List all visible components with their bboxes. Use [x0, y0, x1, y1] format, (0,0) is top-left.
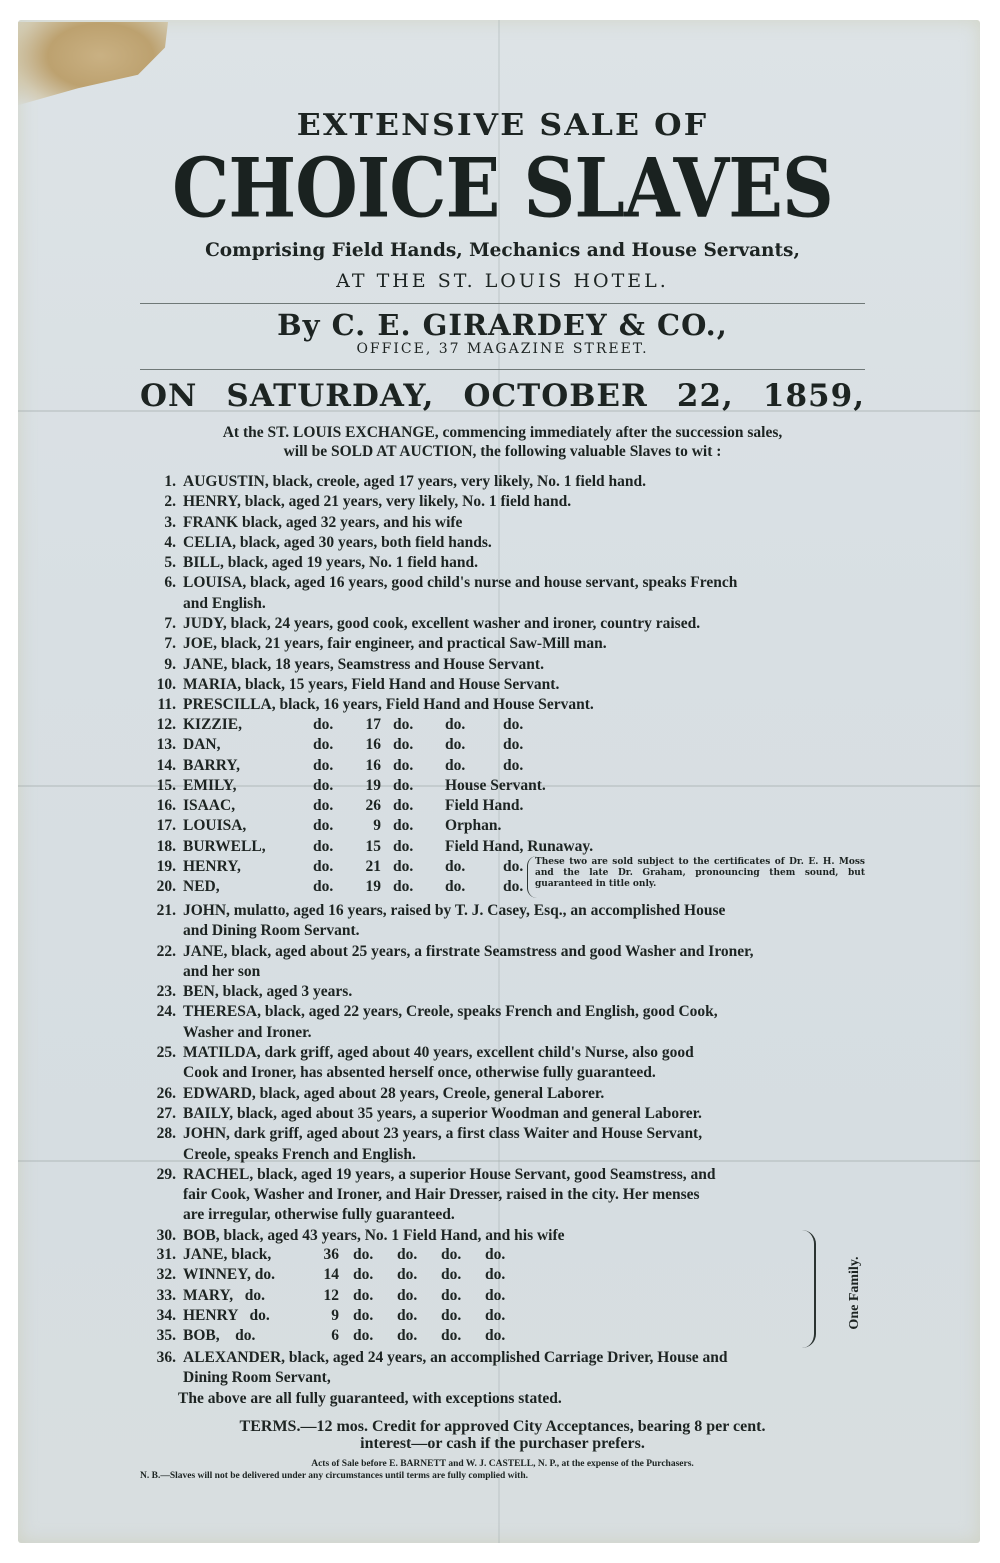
- entry-number: 30.: [140, 1226, 183, 1246]
- entry-text: BOB, black, aged 43 years, No. 1 Field H…: [183, 1226, 565, 1246]
- entry-name: DAN,: [183, 735, 313, 755]
- ditto: do.: [393, 857, 445, 877]
- family-entry-list: 31.JANE, black,36do.do.do.do. 32.WINNEY,…: [140, 1245, 865, 1346]
- entry-age: 6: [301, 1326, 353, 1346]
- acts-of-sale-line: Acts of Sale before E. BARNETT and W. J.…: [140, 1459, 865, 1469]
- ditto: do.: [441, 1265, 485, 1285]
- entry-number: 22.: [140, 942, 183, 962]
- entry-number: 5.: [140, 553, 183, 573]
- ditto: do.: [353, 1306, 397, 1326]
- entry-number: 27.: [140, 1104, 183, 1124]
- entry-number: 36.: [140, 1348, 183, 1368]
- entry-age: 12: [301, 1286, 353, 1306]
- list-item: 24.THERESA, black, aged 22 years, Creole…: [140, 1002, 865, 1022]
- terms-line-2: interest—or cash if the purchaser prefer…: [140, 1435, 865, 1453]
- entry-number: 7.: [140, 634, 183, 654]
- entry-text: BILL, black, aged 19 years, No. 1 field …: [183, 553, 478, 573]
- list-item: 21.JOHN, mulatto, aged 16 years, raised …: [140, 901, 865, 921]
- ditto: do.: [485, 1245, 505, 1265]
- ditto: do.: [445, 756, 503, 776]
- ditto: do.: [503, 756, 523, 776]
- entry-description: House Servant.: [445, 776, 546, 796]
- ditto: do.: [353, 1286, 397, 1306]
- list-item: 14.BARRY,do.16do.do.do.: [140, 756, 865, 776]
- ditto: do.: [445, 877, 503, 897]
- list-item: 18.BURWELL,do.15do.Field Hand, Runaway.: [140, 837, 865, 857]
- entry-age: 26: [351, 796, 393, 816]
- nota-bene-line: N. B.—Slaves will not be delivered under…: [140, 1471, 528, 1481]
- ditto: do.: [445, 735, 503, 755]
- ditto: do.: [397, 1326, 441, 1346]
- list-item: 3.FRANK black, aged 32 years, and his wi…: [140, 513, 865, 533]
- entry-number: 1.: [140, 472, 183, 492]
- entry-continuation: and Dining Room Servant.: [140, 921, 865, 941]
- entry-age: 19: [351, 877, 393, 897]
- list-item: 32.WINNEY, do.14do.do.do.do.: [140, 1265, 865, 1285]
- entry-number: 4.: [140, 533, 183, 553]
- entry-number: 26.: [140, 1084, 183, 1104]
- list-item: 13.DAN,do.16do.do.do.: [140, 735, 865, 755]
- entry-description: Field Hand, Runaway.: [445, 837, 593, 857]
- entry-age: 21: [351, 857, 393, 877]
- ditto: do.: [393, 816, 445, 836]
- entry-number: 35.: [140, 1326, 183, 1346]
- list-item: 25.MATILDA, dark griff, aged about 40 ye…: [140, 1043, 865, 1063]
- ditto: do.: [313, 816, 351, 836]
- entry-text: EDWARD, black, aged about 28 years, Creo…: [183, 1084, 604, 1104]
- ditto: do.: [397, 1265, 441, 1285]
- entry-text: BEN, black, aged 3 years.: [183, 982, 352, 1002]
- list-item: 31.JANE, black,36do.do.do.do.: [140, 1245, 865, 1265]
- entry-continuation: and her son: [140, 962, 865, 982]
- list-item: 11.PRESCILLA, black, 16 years, Field Han…: [140, 695, 865, 715]
- intro-line-1: At the ST. LOUIS EXCHANGE, commencing im…: [140, 424, 865, 442]
- entry-number: 25.: [140, 1043, 183, 1063]
- entry-number: 10.: [140, 675, 183, 695]
- entry-number: 11.: [140, 695, 183, 715]
- entry-number: 7.: [140, 614, 183, 634]
- entry-age: 36: [301, 1245, 353, 1265]
- entry-number: 23.: [140, 982, 183, 1002]
- entry-number: 33.: [140, 1286, 183, 1306]
- entry-number: 13.: [140, 735, 183, 755]
- entry-name: EMILY,: [183, 776, 313, 796]
- list-item: 23.BEN, black, aged 3 years.: [140, 982, 865, 1002]
- list-item: 36.ALEXANDER, black, aged 24 years, an a…: [140, 1348, 865, 1368]
- entry-name: LOUISA,: [183, 816, 313, 836]
- entry-age: 14: [301, 1265, 353, 1285]
- list-item: 22.JANE, black, aged about 25 years, a f…: [140, 942, 865, 962]
- entry-list-3: 36.ALEXANDER, black, aged 24 years, an a…: [140, 1348, 865, 1409]
- ditto: do.: [393, 756, 445, 776]
- entry-continuation: Creole, speaks French and English.: [140, 1145, 865, 1165]
- entry-age: 16: [351, 756, 393, 776]
- entry-list-2: 21.JOHN, mulatto, aged 16 years, raised …: [140, 901, 865, 1246]
- list-item: 2.HENRY, black, aged 21 years, very like…: [140, 492, 865, 512]
- list-item: 4.CELIA, black, aged 30 years, both fiel…: [140, 533, 865, 553]
- ditto: do.: [503, 877, 523, 897]
- list-item: 17.LOUISA,do.9do.Orphan.: [140, 816, 865, 836]
- entry-text: JUDY, black, 24 years, good cook, excell…: [183, 614, 700, 634]
- ditto: do.: [393, 877, 445, 897]
- ditto: do.: [313, 735, 351, 755]
- entry-text: MARIA, black, 15 years, Field Hand and H…: [183, 675, 559, 695]
- ditto: do.: [393, 735, 445, 755]
- list-item: 5.BILL, black, aged 19 years, No. 1 fiel…: [140, 553, 865, 573]
- ditto: do.: [313, 715, 351, 735]
- entry-text: THERESA, black, aged 22 years, Creole, s…: [183, 1002, 718, 1022]
- ditto: do.: [313, 877, 351, 897]
- entry-name: ISAAC,: [183, 796, 313, 816]
- ditto: do.: [485, 1265, 505, 1285]
- list-item: 15.EMILY,do.19do.House Servant.: [140, 776, 865, 796]
- entry-name: JANE, black,: [183, 1245, 301, 1265]
- entry-number: 17.: [140, 816, 183, 836]
- list-item: 7.JOE, black, 21 years, fair engineer, a…: [140, 634, 865, 654]
- ditto: do.: [393, 776, 445, 796]
- entry-name: HENRY do.: [183, 1306, 301, 1326]
- list-item: 12.KIZZIE,do.17do.do.do.: [140, 715, 865, 735]
- ditto: do.: [393, 715, 445, 735]
- divider-rule: [140, 369, 865, 370]
- location-line: AT THE ST. LOUIS HOTEL.: [140, 270, 865, 292]
- entry-number: 34.: [140, 1306, 183, 1326]
- entry-description: Field Hand.: [445, 796, 523, 816]
- entry-text: JOHN, dark griff, aged about 23 years, a…: [183, 1124, 702, 1144]
- entry-text: AUGUSTIN, black, creole, aged 17 years, …: [183, 472, 646, 492]
- entry-text: ALEXANDER, black, aged 24 years, an acco…: [183, 1348, 728, 1368]
- entry-age: 15: [351, 837, 393, 857]
- entry-number: 12.: [140, 715, 183, 735]
- one-family-label: One Family.: [847, 1233, 863, 1353]
- entry-age: 9: [351, 816, 393, 836]
- list-item: 29.RACHEL, black, aged 19 years, a super…: [140, 1165, 865, 1185]
- ditto: do.: [441, 1245, 485, 1265]
- entry-text: RACHEL, black, aged 19 years, a superior…: [183, 1165, 715, 1185]
- entry-number: 18.: [140, 837, 183, 857]
- entry-number: 24.: [140, 1002, 183, 1022]
- list-item: 28.JOHN, dark griff, aged about 23 years…: [140, 1124, 865, 1144]
- entry-number: 29.: [140, 1165, 183, 1185]
- entry-name: KIZZIE,: [183, 715, 313, 735]
- subtitle: Comprising Field Hands, Mechanics and Ho…: [140, 240, 865, 261]
- entry-continuation: Washer and Ironer.: [140, 1023, 865, 1043]
- office-address: OFFICE, 37 MAGAZINE STREET.: [140, 341, 865, 357]
- ditto: do.: [397, 1306, 441, 1326]
- ditto: do.: [313, 796, 351, 816]
- ditto: do.: [353, 1265, 397, 1285]
- entry-age: 19: [351, 776, 393, 796]
- entry-text: LOUISA, black, aged 16 years, good child…: [183, 573, 737, 593]
- entry-text: JOE, black, 21 years, fair engineer, and…: [183, 634, 607, 654]
- list-item: 27.BAILY, black, aged about 35 years, a …: [140, 1104, 865, 1124]
- entry-number: 21.: [140, 901, 183, 921]
- entry-name: BARRY,: [183, 756, 313, 776]
- list-item: 26.EDWARD, black, aged about 28 years, C…: [140, 1084, 865, 1104]
- ditto: do.: [441, 1326, 485, 1346]
- entry-continuation: Cook and Ironer, has absented herself on…: [140, 1063, 865, 1083]
- ditto: do.: [503, 715, 523, 735]
- ditto: do.: [313, 756, 351, 776]
- entry-text: BAILY, black, aged about 35 years, a sup…: [183, 1104, 702, 1124]
- list-item: 6.LOUISA, black, aged 16 years, good chi…: [140, 573, 865, 593]
- ditto: do.: [503, 857, 523, 877]
- list-item: 10.MARIA, black, 15 years, Field Hand an…: [140, 675, 865, 695]
- ditto: do.: [313, 837, 351, 857]
- entry-name: BOB, do.: [183, 1326, 301, 1346]
- entry-list-1: 1.AUGUSTIN, black, creole, aged 17 years…: [140, 472, 865, 716]
- guarantee-line: The above are all fully guaranteed, with…: [140, 1389, 865, 1409]
- list-item: 30.BOB, black, aged 43 years, No. 1 Fiel…: [140, 1226, 865, 1246]
- ditto: do.: [485, 1306, 505, 1326]
- ditto: do.: [445, 857, 503, 877]
- terms-line-1: TERMS.—12 mos. Credit for approved City …: [140, 1418, 865, 1436]
- entry-text: FRANK black, aged 32 years, and his wife: [183, 513, 462, 533]
- auctioneer-line: By C. E. GIRARDEY & CO.,: [140, 308, 865, 342]
- entry-description: Orphan.: [445, 816, 501, 836]
- entry-number: 20.: [140, 877, 183, 897]
- list-item: 35.BOB, do.6do.do.do.do.: [140, 1326, 865, 1346]
- ditto: do.: [397, 1286, 441, 1306]
- list-item: 34.HENRY do.9do.do.do.do.: [140, 1306, 865, 1326]
- divider-rule: [140, 303, 865, 304]
- list-item: 16.ISAAC,do.26do.Field Hand.: [140, 796, 865, 816]
- entry-number: 6.: [140, 573, 183, 593]
- entry-number: 9.: [140, 655, 183, 675]
- entry-number: 15.: [140, 776, 183, 796]
- entry-text: JANE, black, 18 years, Seamstress and Ho…: [183, 655, 544, 675]
- entry-text: PRESCILLA, black, 16 years, Field Hand a…: [183, 695, 594, 715]
- list-item: 9.JANE, black, 18 years, Seamstress and …: [140, 655, 865, 675]
- ditto: do.: [353, 1326, 397, 1346]
- ditto: do.: [503, 735, 523, 755]
- entry-number: 31.: [140, 1245, 183, 1265]
- entry-age: 17: [351, 715, 393, 735]
- sale-date: ON SATURDAY, OCTOBER 22, 1859,: [140, 378, 865, 414]
- entry-name: BURWELL,: [183, 837, 313, 857]
- entry-text: MATILDA, dark griff, aged about 40 years…: [183, 1043, 694, 1063]
- entry-text: JOHN, mulatto, aged 16 years, raised by …: [183, 901, 725, 921]
- entry-number: 19.: [140, 857, 183, 877]
- entry-continuation: fair Cook, Washer and Ironer, and Hair D…: [140, 1185, 865, 1205]
- entry-text: HENRY, black, aged 21 years, very likely…: [183, 492, 571, 512]
- ditto: do.: [393, 837, 445, 857]
- ditto: do.: [313, 776, 351, 796]
- entry-number: 32.: [140, 1265, 183, 1285]
- entry-age: 16: [351, 735, 393, 755]
- entry-continuation: are irregular, otherwise fully guarantee…: [140, 1205, 865, 1225]
- entry-name: HENRY,: [183, 857, 313, 877]
- entry-continuation: and English.: [140, 594, 865, 614]
- ditto: do.: [485, 1326, 505, 1346]
- ditto: do.: [393, 796, 445, 816]
- family-brace: [802, 1230, 816, 1348]
- ditto: do.: [353, 1245, 397, 1265]
- intro-line-2: will be SOLD AT AUCTION, the following v…: [140, 443, 865, 461]
- entry-text: JANE, black, aged about 25 years, a firs…: [183, 942, 754, 962]
- ditto: do.: [445, 715, 503, 735]
- ditto: do.: [397, 1245, 441, 1265]
- entry-age: 9: [301, 1306, 353, 1326]
- entry-text: CELIA, black, aged 30 years, both field …: [183, 533, 492, 553]
- entry-name: NED,: [183, 877, 313, 897]
- ditto: do.: [313, 857, 351, 877]
- list-item: 7.JUDY, black, 24 years, good cook, exce…: [140, 614, 865, 634]
- list-item: 1.AUGUSTIN, black, creole, aged 17 years…: [140, 472, 865, 492]
- ditto: do.: [441, 1286, 485, 1306]
- ditto: do.: [485, 1286, 505, 1306]
- entry-name: WINNEY, do.: [183, 1265, 301, 1285]
- ditto: do.: [441, 1306, 485, 1326]
- list-item: 33.MARY, do.12do.do.do.do.: [140, 1286, 865, 1306]
- entry-continuation: Dining Room Servant,: [140, 1368, 865, 1388]
- entry-number: 16.: [140, 796, 183, 816]
- certificate-note: These two are sold subject to the certif…: [535, 857, 865, 890]
- entry-number: 3.: [140, 513, 183, 533]
- entry-number: 28.: [140, 1124, 183, 1144]
- headline-extensive-sale: EXTENSIVE SALE OF: [122, 108, 883, 143]
- entry-number: 2.: [140, 492, 183, 512]
- headline-choice-slaves: CHOICE SLAVES: [169, 146, 836, 232]
- entry-number: 14.: [140, 756, 183, 776]
- entry-name: MARY, do.: [183, 1286, 301, 1306]
